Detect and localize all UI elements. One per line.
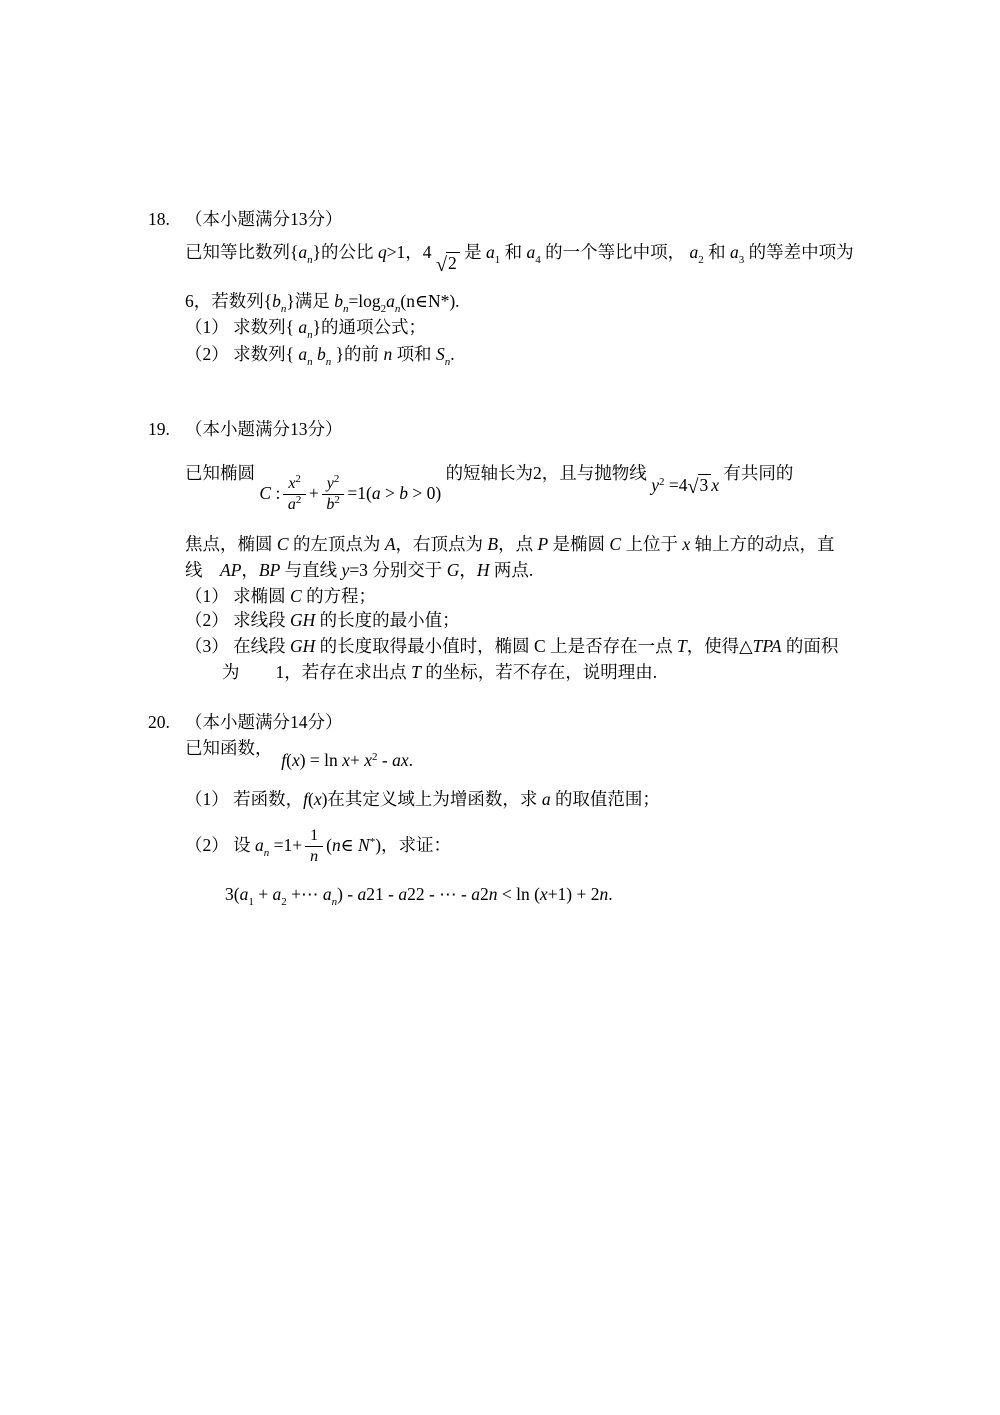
problem-18-item-1: （1） 求数列{ an}的通项公式；	[185, 314, 426, 340]
problem-20-item-2: （2） 设 an =1+1n(n∈ N*)，求证：	[185, 827, 451, 867]
problem-20-item-1: （1） 若函数，f(x)在其定义域上为增函数，求 a 的取值范围；	[185, 786, 660, 812]
problem-19-statement-line-2: 焦点，椭圆 C 的左顶点为 A，右顶点为 B，点 P 是椭圆 C 上位于 x 轴…	[185, 531, 835, 557]
problem-20-number: 20.	[148, 709, 185, 735]
problem-18-item-2: （2） 求数列{ an bn }的前 n 项和 Sn.	[185, 341, 455, 367]
problem-20-header: 20.（本小题满分14分）	[148, 709, 343, 735]
problem-19-number: 19.	[148, 416, 185, 442]
problem-19-statement-line-3: 线 AP，BP 与直线 y=3 分别交于 G，H 两点.	[185, 557, 533, 583]
problem-19-statement-line-1: 已知椭圆 C :x2a2+y2b2=1(a > b > 0) 的短轴长为2，且与…	[185, 455, 793, 495]
problem-18-statement-line-1: 已知等比数列{an}的公比 q>1，4 √2 是 a1 和 a4 的一个等比中项…	[185, 239, 854, 268]
problem-18-number: 18.	[148, 206, 185, 232]
problem-20-title: （本小题满分14分）	[185, 712, 343, 732]
problem-19-item-1: （1） 求椭圆 C 的方程；	[185, 583, 376, 609]
problem-19-title: （本小题满分13分）	[185, 419, 343, 439]
problem-20-statement-line-1: 已知函数， f(x) = ln x+ x2 - ax.	[185, 735, 413, 763]
problem-19-item-3-line-2: 为1，若存在求出点 T 的坐标，若不存在，说明理由.	[222, 659, 657, 685]
problem-18-statement-line-2: 6，若数列{bn}满足 bn=log2an(n∈N*).	[185, 288, 460, 314]
problem-18-header: 18.（本小题满分13分）	[148, 206, 343, 232]
problem-19-item-2: （2） 求线段 GH 的长度的最小值；	[185, 607, 460, 633]
problem-19-item-3-line-1: （3） 在线段 GH 的长度取得最小值时，椭圆 C 上是否存在一点 T，使得△T…	[185, 633, 838, 659]
problem-19-header: 19.（本小题满分13分）	[148, 416, 343, 442]
problem-20-inequality: 3(a1 + a2 +⋯ an) - a21 - a22 - ⋯ - a2n <…	[225, 881, 613, 907]
problem-18-title: （本小题满分13分）	[185, 209, 343, 229]
